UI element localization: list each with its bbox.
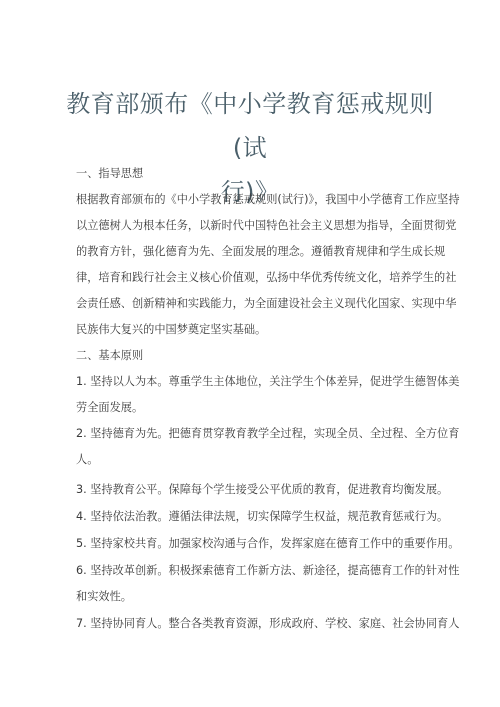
paragraph-line: 的教育方针，强化德育为先、全面发展的理念。遵循教育规律和学生成长规 <box>76 242 445 262</box>
paragraph-line: 会责任感、创新精神和实践能力，为全面建设社会主义现代化国家、实现中华 <box>76 294 456 314</box>
principle-item-1-cont: 劳全面发展。 <box>76 398 143 418</box>
section-heading-basic-principles: 二、基本原则 <box>76 346 143 366</box>
principle-item-2: 2. 坚持德育为先。把德育贯穿教育教学全过程，实现全员、全过程、全方位育 <box>76 424 459 444</box>
principle-item-7: 7. 坚持协同育人。整合各类教育资源，形成政府、学校、家庭、社会协同育人 <box>76 614 459 634</box>
principle-item-4: 4. 坚持依法治教。遵循法律法规，切实保障学生权益，规范教育惩戒行为。 <box>76 507 448 527</box>
principle-item-6: 6. 坚持改革创新。积极探索德育工作新方法、新途径，提高德育工作的针对性 <box>76 561 459 581</box>
paragraph-line: 根据教育部颁布的《中小学教育惩戒规则(试行)》，我国中小学德育工作应坚持 <box>76 190 460 210</box>
principle-item-6-cont: 和实效性。 <box>76 587 132 607</box>
principle-item-3: 3. 坚持教育公平。保障每个学生接受公平优质的教育，促进教育均衡发展。 <box>76 480 448 500</box>
paragraph-line: 律，培育和践行社会主义核心价值观，弘扬中华优秀传统文化，培养学生的社 <box>76 268 456 288</box>
principle-item-1: 1. 坚持以人为本。尊重学生主体地位，关注学生个体差异，促进学生德智体美 <box>76 372 459 392</box>
paragraph-line: 民族伟大复兴的中国梦奠定坚实基础。 <box>76 320 266 340</box>
principle-item-2-cont: 人。 <box>76 450 98 470</box>
paragraph-line: 以立德树人为根本任务，以新时代中国特色社会主义思想为指导，全面贯彻党 <box>76 216 456 236</box>
document-page: 教育部颁布《中小学教育惩戒规则(试 行)》 一、指导思想 根据教育部颁布的《中小… <box>0 0 500 707</box>
principle-item-5: 5. 坚持家校共育。加强家校沟通与合作，发挥家庭在德育工作中的重要作用。 <box>76 534 459 554</box>
title-line-1: 教育部颁布《中小学教育惩戒规则(试 <box>60 82 440 170</box>
section-heading-guiding-ideology: 一、指导思想 <box>76 164 143 184</box>
